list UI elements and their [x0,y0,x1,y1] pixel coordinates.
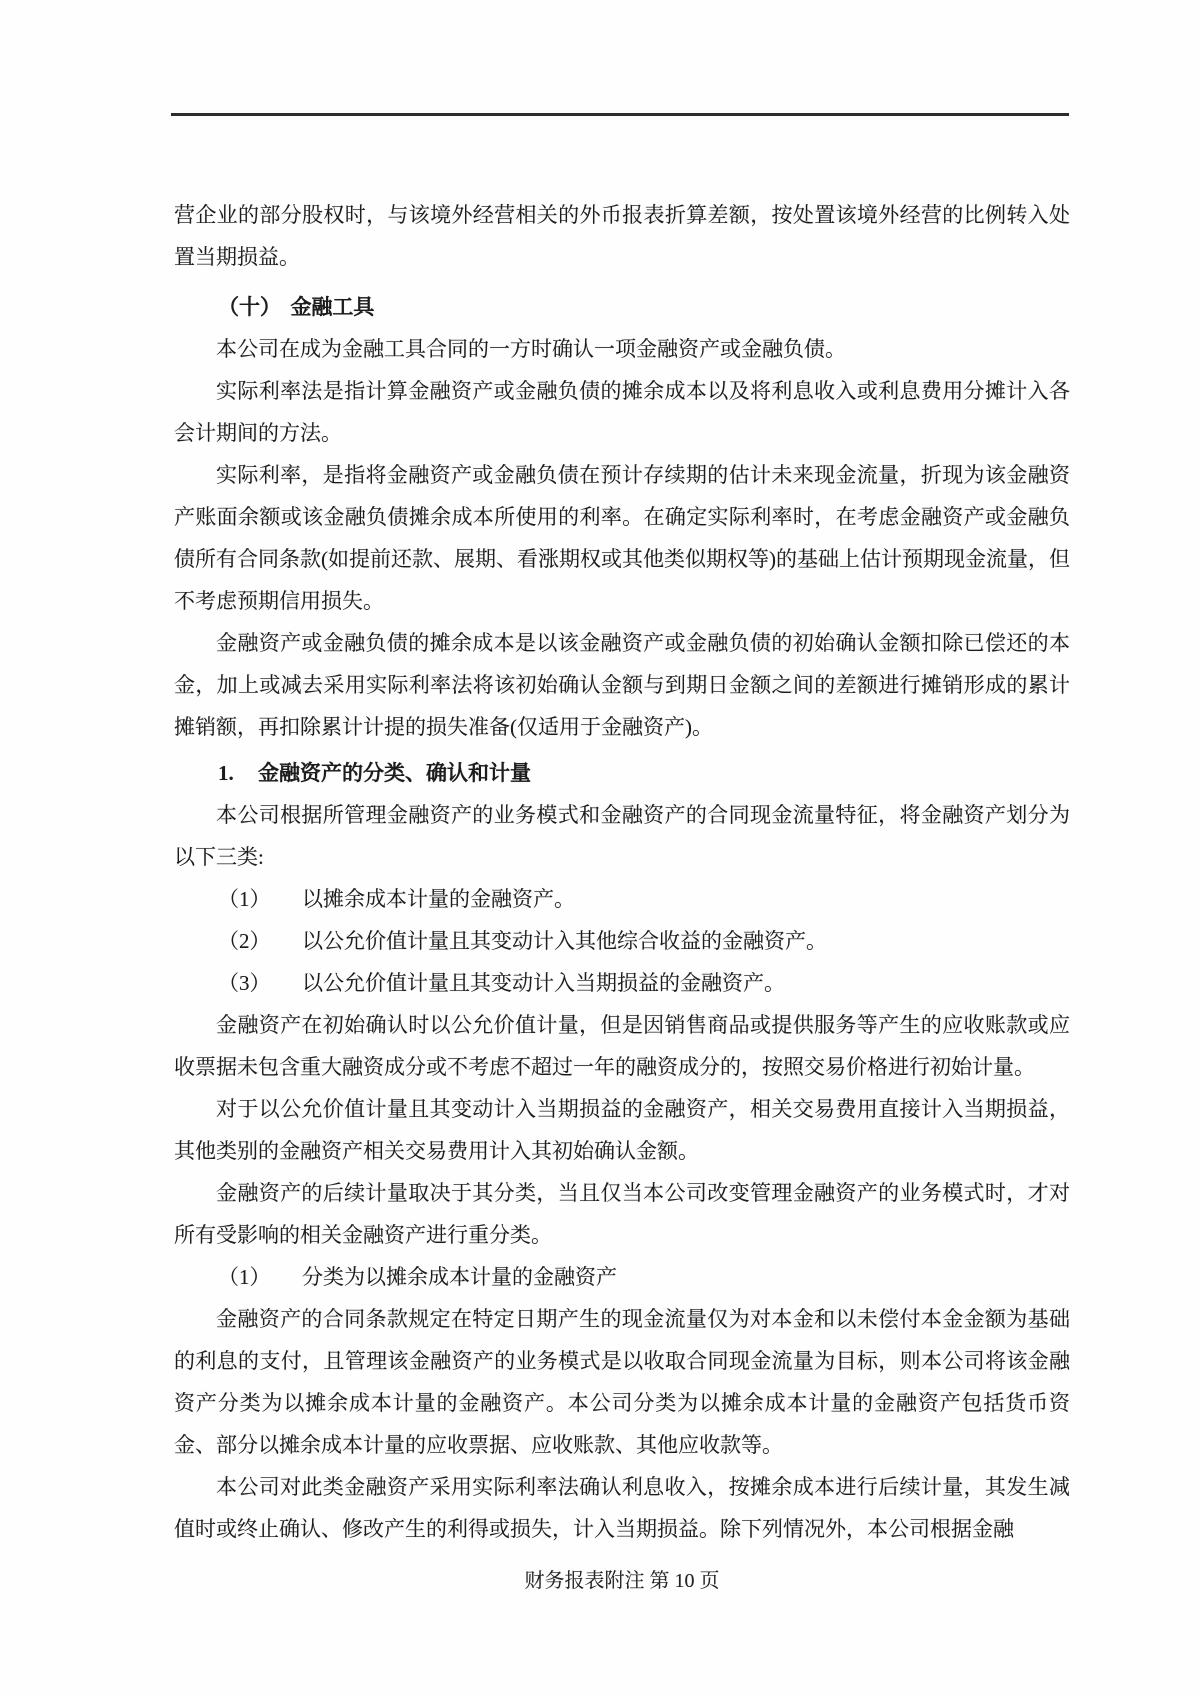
paragraph-transaction-costs: 对于以公允价值计量且其变动计入当期损益的金融资产，相关交易费用直接计入当期损益，… [174,1088,1070,1172]
paragraph-three-categories-intro: 本公司根据所管理金融资产的业务模式和金融资产的合同现金流量特征，将金融资产划分为… [174,794,1070,878]
list-item-fvtpl: （3）以公允价值计量且其变动计入当期损益的金融资产。 [174,962,1070,1004]
list-marker: （2） [218,920,302,962]
list-item-fvoci: （2）以公允价值计量且其变动计入其他综合收益的金融资产。 [174,920,1070,962]
document-body: 营企业的部分股权时，与该境外经营相关的外币报表折算差额，按处置该境外经营的比例转… [174,194,1070,1550]
paragraph-initial-measurement: 金融资产在初始确认时以公允价值计量，但是因销售商品或提供服务等产生的应收账款或应… [174,1004,1070,1088]
list-marker: （1） [218,1256,302,1298]
section-title: 金融工具 [290,295,374,319]
heading-section-10-financial-instruments: （十）金融工具 [174,286,1070,328]
heading-title: 金融资产的分类、确认和计量 [258,761,531,785]
header-rule [171,113,1069,116]
paragraph-recognition: 本公司在成为金融工具合同的一方时确认一项金融资产或金融负债。 [174,328,1070,370]
heading-number: 1. [218,752,258,794]
list-item-amortized-cost: （1）以摊余成本计量的金融资产。 [174,878,1070,920]
list-item-text: 以公允价值计量且其变动计入当期损益的金融资产。 [302,971,785,995]
list-item-text: 以摊余成本计量的金融资产。 [302,887,575,911]
subheading-text: 分类为以摊余成本计量的金融资产 [302,1265,617,1289]
list-marker: （3） [218,962,302,1004]
page-footer: 财务报表附注 第 10 页 [174,1566,1070,1596]
heading-1-classification-recognition-measurement: 1.金融资产的分类、确认和计量 [174,752,1070,794]
list-marker: （1） [218,878,302,920]
section-number: （十） [218,295,281,319]
paragraph-amortized-cost-definition: 金融资产或金融负债的摊余成本是以该金融资产或金融负债的初始确认金额扣除已偿还的本… [174,622,1070,748]
paragraph-fx-translation-continued: 营企业的部分股权时，与该境外经营相关的外币报表折算差额，按处置该境外经营的比例转… [174,194,1070,278]
paragraph-effective-interest-rate: 实际利率，是指将金融资产或金融负债在预计存续期的估计未来现金流量，折现为该金融资… [174,454,1070,622]
subheading-classified-amortized-cost: （1）分类为以摊余成本计量的金融资产 [174,1256,1070,1298]
list-item-text: 以公允价值计量且其变动计入其他综合收益的金融资产。 [302,929,827,953]
paragraph-amortized-cost-criteria: 金融资产的合同条款规定在特定日期产生的现金流量仅为对本金和以未偿付本金金额为基础… [174,1298,1070,1466]
paragraph-effective-interest-method: 实际利率法是指计算金融资产或金融负债的摊余成本以及将利息收入或利息费用分摊计入各… [174,370,1070,454]
paragraph-subsequent-measurement: 金融资产的后续计量取决于其分类，当且仅当本公司改变管理金融资产的业务模式时，才对… [174,1172,1070,1256]
paragraph-interest-income-truncated: 本公司对此类金融资产采用实际利率法确认利息收入，按摊余成本进行后续计量，其发生减… [174,1466,1070,1550]
